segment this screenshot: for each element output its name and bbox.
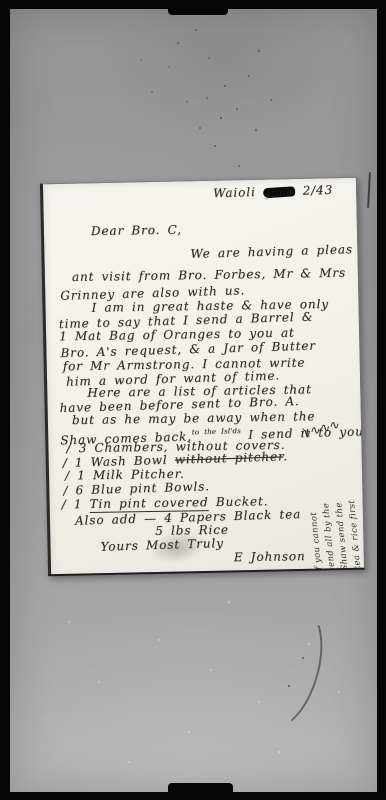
letter-line: Dear Bro. C, xyxy=(91,224,182,238)
letter-line: We are having a pleas xyxy=(190,243,353,261)
film-speckles-light xyxy=(10,9,12,11)
letter-paper: Waioli June 2/43Dear Bro. C,We are havin… xyxy=(40,177,365,577)
film-notch-top xyxy=(168,9,228,15)
film-scratch-curved xyxy=(239,599,335,738)
letter-line: Waioli June 2/43 xyxy=(213,184,333,201)
margin-note-rotated: if you cannotsend all by theShaw send th… xyxy=(300,419,365,573)
film-scratch-vertical xyxy=(367,172,371,208)
letter-line: E Johnson xyxy=(234,550,306,564)
letter-line: ant visit from Bro. Forbes, Mr & Mrs xyxy=(72,267,346,284)
film-notch-bottom xyxy=(168,783,233,792)
